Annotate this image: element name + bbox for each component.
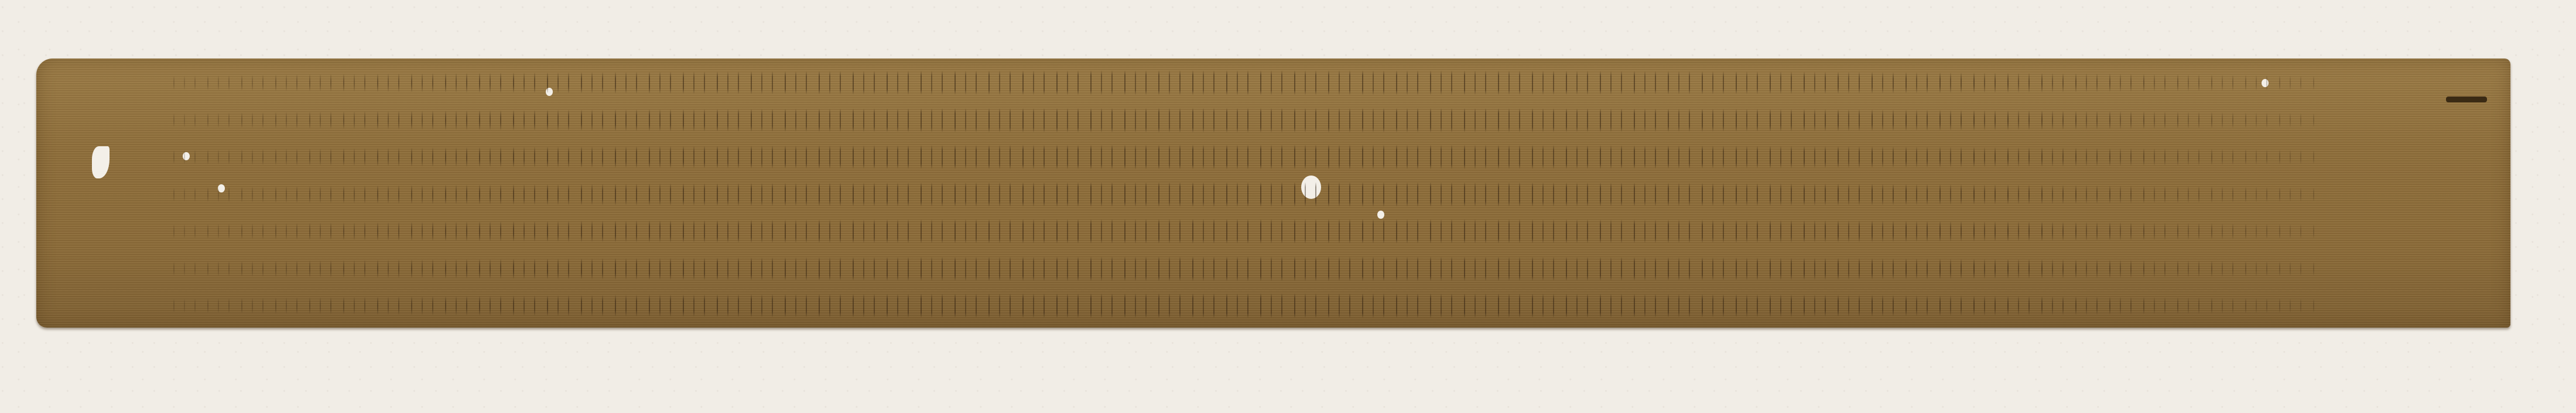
text-line [171,69,2317,97]
palm-leaf-manuscript [36,58,2510,328]
text-line [171,255,2317,283]
text-line [171,181,2317,208]
text-line [171,218,2317,245]
text-line [171,292,2317,319]
script-label: Odia [0,0,1,1]
edge-damage [92,146,110,178]
text-line [171,143,2317,171]
text-line [171,106,2317,134]
manuscript-text-block [171,69,2317,319]
stain [2446,97,2487,102]
